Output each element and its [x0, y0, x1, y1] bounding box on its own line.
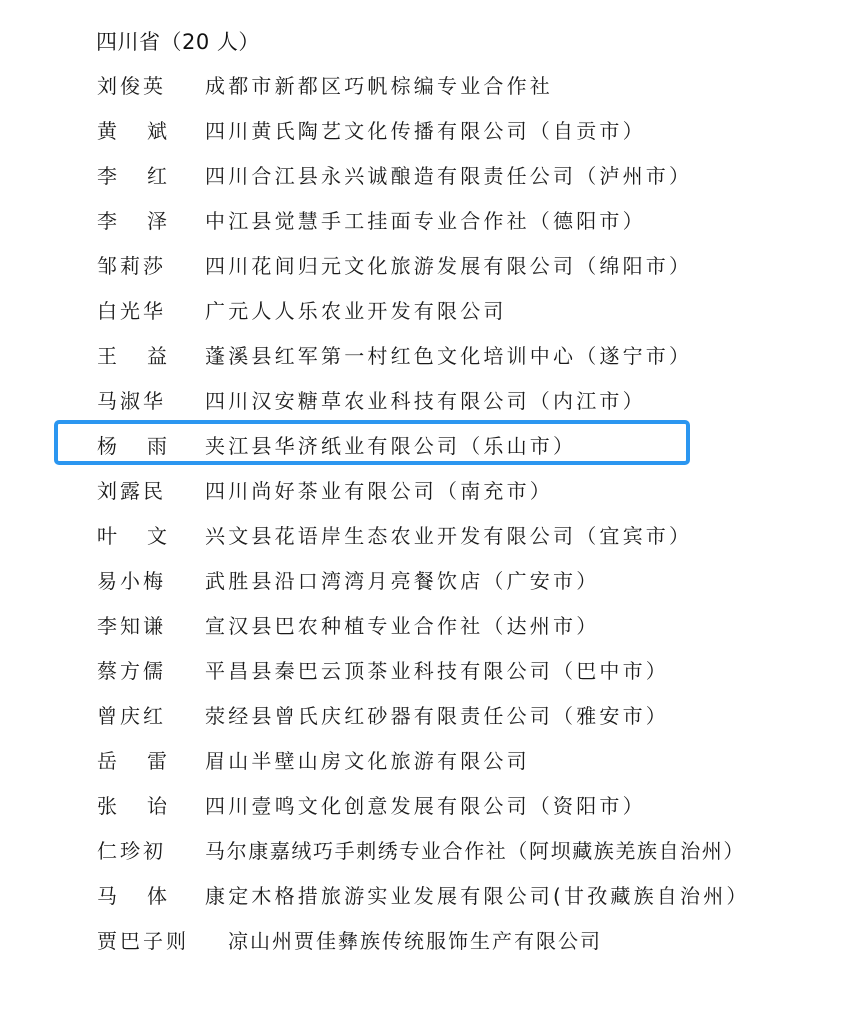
person-name: 李红 [97, 154, 167, 199]
person-name: 马淑华 [97, 379, 166, 424]
organization-name: 眉山半壁山房文化旅游有限公司 [205, 739, 530, 784]
name-part: 杨 [97, 434, 117, 458]
name-part: 黄 [97, 119, 117, 143]
name-part: 李 [97, 164, 117, 188]
list-item: 白光华广元人人乐农业开发有限公司 [0, 289, 844, 334]
organization-name: 凉山州贾佳彝族传统服饰生产有限公司 [228, 919, 602, 964]
list-item: 张诒四川壹鸣文化创意发展有限公司（资阳市） [0, 784, 844, 829]
list-item: 仁珍初马尔康嘉绒巧手刺绣专业合作社（阿坝藏族羌族自治州） [0, 829, 844, 874]
document-page: 四川省（20 人） 刘俊英成都市新都区巧帆棕编专业合作社黄斌四川黄氏陶艺文化传播… [0, 0, 844, 1018]
list-item: 李红四川合江县永兴诚酿造有限责任公司（泸州市） [0, 154, 844, 199]
organization-name: 蓬溪县红军第一村红色文化培训中心（遂宁市） [205, 334, 692, 379]
list-item: 刘露民四川尚好茶业有限公司（南充市） [0, 469, 844, 514]
organization-name: 四川尚好茶业有限公司（南充市） [205, 469, 553, 514]
name-part: 李 [97, 209, 117, 233]
list-item: 岳雷眉山半壁山房文化旅游有限公司 [0, 739, 844, 784]
name-part: 体 [147, 884, 167, 908]
name-part: 马 [97, 884, 117, 908]
person-name: 黄斌 [97, 109, 167, 154]
list-item: 马淑华四川汉安糖草农业科技有限公司（内江市） [0, 379, 844, 424]
list-item: 刘俊英成都市新都区巧帆棕编专业合作社 [0, 64, 844, 109]
list-item: 贾巴子则凉山州贾佳彝族传统服饰生产有限公司 [0, 919, 844, 964]
name-part: 泽 [147, 209, 167, 233]
list-item: 李泽中江县觉慧手工挂面专业合作社（德阳市） [0, 199, 844, 244]
list-item: 李知谦宣汉县巴农种植专业合作社（达州市） [0, 604, 844, 649]
person-name: 李泽 [97, 199, 167, 244]
name-part: 雨 [147, 434, 167, 458]
organization-name: 荥经县曾氏庆红砂器有限责任公司（雅安市） [205, 694, 669, 739]
person-name: 刘露民 [97, 469, 166, 514]
organization-name: 广元人人乐农业开发有限公司 [205, 289, 507, 334]
name-part: 雷 [147, 749, 167, 773]
person-name: 易小梅 [97, 559, 166, 604]
list-item-highlighted: 杨雨夹江县华济纸业有限公司（乐山市） [0, 424, 844, 469]
person-name: 叶文 [97, 514, 167, 559]
person-name: 王益 [97, 334, 167, 379]
name-part: 红 [147, 164, 167, 188]
list-item: 蔡方儒平昌县秦巴云顶茶业科技有限公司（巴中市） [0, 649, 844, 694]
organization-name: 四川壹鸣文化创意发展有限公司（资阳市） [205, 784, 646, 829]
organization-name: 中江县觉慧手工挂面专业合作社（德阳市） [205, 199, 646, 244]
name-part: 诒 [147, 794, 167, 818]
name-part: 叶 [97, 524, 117, 548]
organization-name: 四川汉安糖草农业科技有限公司（内江市） [205, 379, 646, 424]
person-name: 蔡方儒 [97, 649, 166, 694]
person-name: 岳雷 [97, 739, 167, 784]
list-item: 叶文兴文县花语岸生态农业开发有限公司（宜宾市） [0, 514, 844, 559]
organization-name: 康定木格措旅游实业发展有限公司(甘孜藏族自治州） [205, 874, 750, 919]
list-item: 王益蓬溪县红军第一村红色文化培训中心（遂宁市） [0, 334, 844, 379]
person-name: 李知谦 [97, 604, 166, 649]
list-item: 马体康定木格措旅游实业发展有限公司(甘孜藏族自治州） [0, 874, 844, 919]
name-part: 岳 [97, 749, 117, 773]
organization-name: 四川花间归元文化旅游发展有限公司（绵阳市） [205, 244, 692, 289]
organization-name: 武胜县沿口湾湾月亮餐饮店（广安市） [205, 559, 599, 604]
person-name: 张诒 [97, 784, 167, 829]
name-part: 文 [147, 524, 167, 548]
list-item: 曾庆红荥经县曾氏庆红砂器有限责任公司（雅安市） [0, 694, 844, 739]
organization-name: 宣汉县巴农种植专业合作社（达州市） [205, 604, 599, 649]
organization-name: 兴文县花语岸生态农业开发有限公司（宜宾市） [205, 514, 692, 559]
person-name: 邹莉莎 [97, 244, 166, 289]
name-part: 张 [97, 794, 117, 818]
organization-name: 夹江县华济纸业有限公司（乐山市） [205, 424, 576, 469]
name-part: 王 [97, 344, 117, 368]
organization-name: 四川合江县永兴诚酿造有限责任公司（泸州市） [205, 154, 692, 199]
organization-name: 成都市新都区巧帆棕编专业合作社 [205, 64, 553, 109]
name-part: 斌 [147, 119, 167, 143]
person-name: 白光华 [97, 289, 166, 334]
person-name: 马体 [97, 874, 167, 919]
section-title: 四川省（20 人） [96, 26, 260, 58]
organization-name: 平昌县秦巴云顶茶业科技有限公司（巴中市） [205, 649, 669, 694]
name-part: 益 [147, 344, 167, 368]
person-name: 杨雨 [97, 424, 167, 469]
honoree-list: 刘俊英成都市新都区巧帆棕编专业合作社黄斌四川黄氏陶艺文化传播有限公司（自贡市）李… [0, 64, 844, 964]
list-item: 黄斌四川黄氏陶艺文化传播有限公司（自贡市） [0, 109, 844, 154]
person-name: 刘俊英 [97, 64, 166, 109]
person-name: 贾巴子则 [97, 919, 189, 964]
person-name: 仁珍初 [97, 829, 166, 874]
list-item: 邹莉莎四川花间归元文化旅游发展有限公司（绵阳市） [0, 244, 844, 289]
person-name: 曾庆红 [97, 694, 166, 739]
organization-name: 马尔康嘉绒巧手刺绣专业合作社（阿坝藏族羌族自治州） [205, 829, 745, 874]
list-item: 易小梅武胜县沿口湾湾月亮餐饮店（广安市） [0, 559, 844, 604]
organization-name: 四川黄氏陶艺文化传播有限公司（自贡市） [205, 109, 646, 154]
